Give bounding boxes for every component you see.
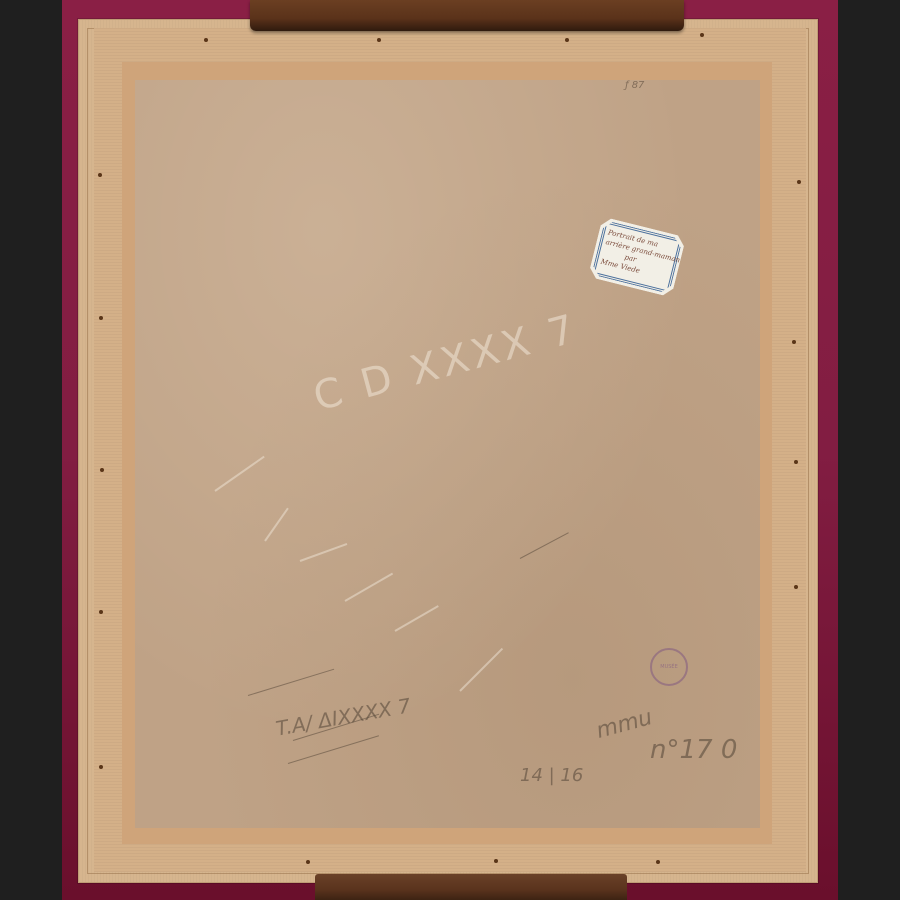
photo-stage: C D XXXX 7 T.A/ ΔΙXXXX 7 mmu n°17 0 14 |…	[0, 0, 900, 900]
nail-hole	[792, 340, 796, 344]
easel-top-clamp	[250, 0, 684, 31]
nail-hole	[794, 460, 798, 464]
nail-hole	[656, 860, 660, 864]
easel-bottom-ledge	[315, 874, 627, 900]
museum-stamp: MUSÉE	[650, 648, 688, 686]
nail-hole	[565, 38, 569, 42]
nail-hole	[100, 468, 104, 472]
backing-board	[135, 80, 760, 828]
nail-hole	[494, 859, 498, 863]
nail-hole	[700, 33, 704, 37]
nail-hole	[99, 765, 103, 769]
pencil-bottom-mark: 14 | 16	[520, 765, 583, 786]
nail-hole	[377, 38, 381, 42]
nail-hole	[99, 610, 103, 614]
nail-hole	[797, 180, 801, 184]
nail-hole	[306, 860, 310, 864]
nail-hole	[204, 38, 208, 42]
pencil-number: n°17 0	[650, 735, 737, 765]
pencil-corner-mark: ƒ 87	[625, 80, 644, 91]
stamp-text: MUSÉE	[660, 664, 677, 670]
nail-hole	[98, 173, 102, 177]
nail-hole	[99, 316, 103, 320]
nail-hole	[794, 585, 798, 589]
